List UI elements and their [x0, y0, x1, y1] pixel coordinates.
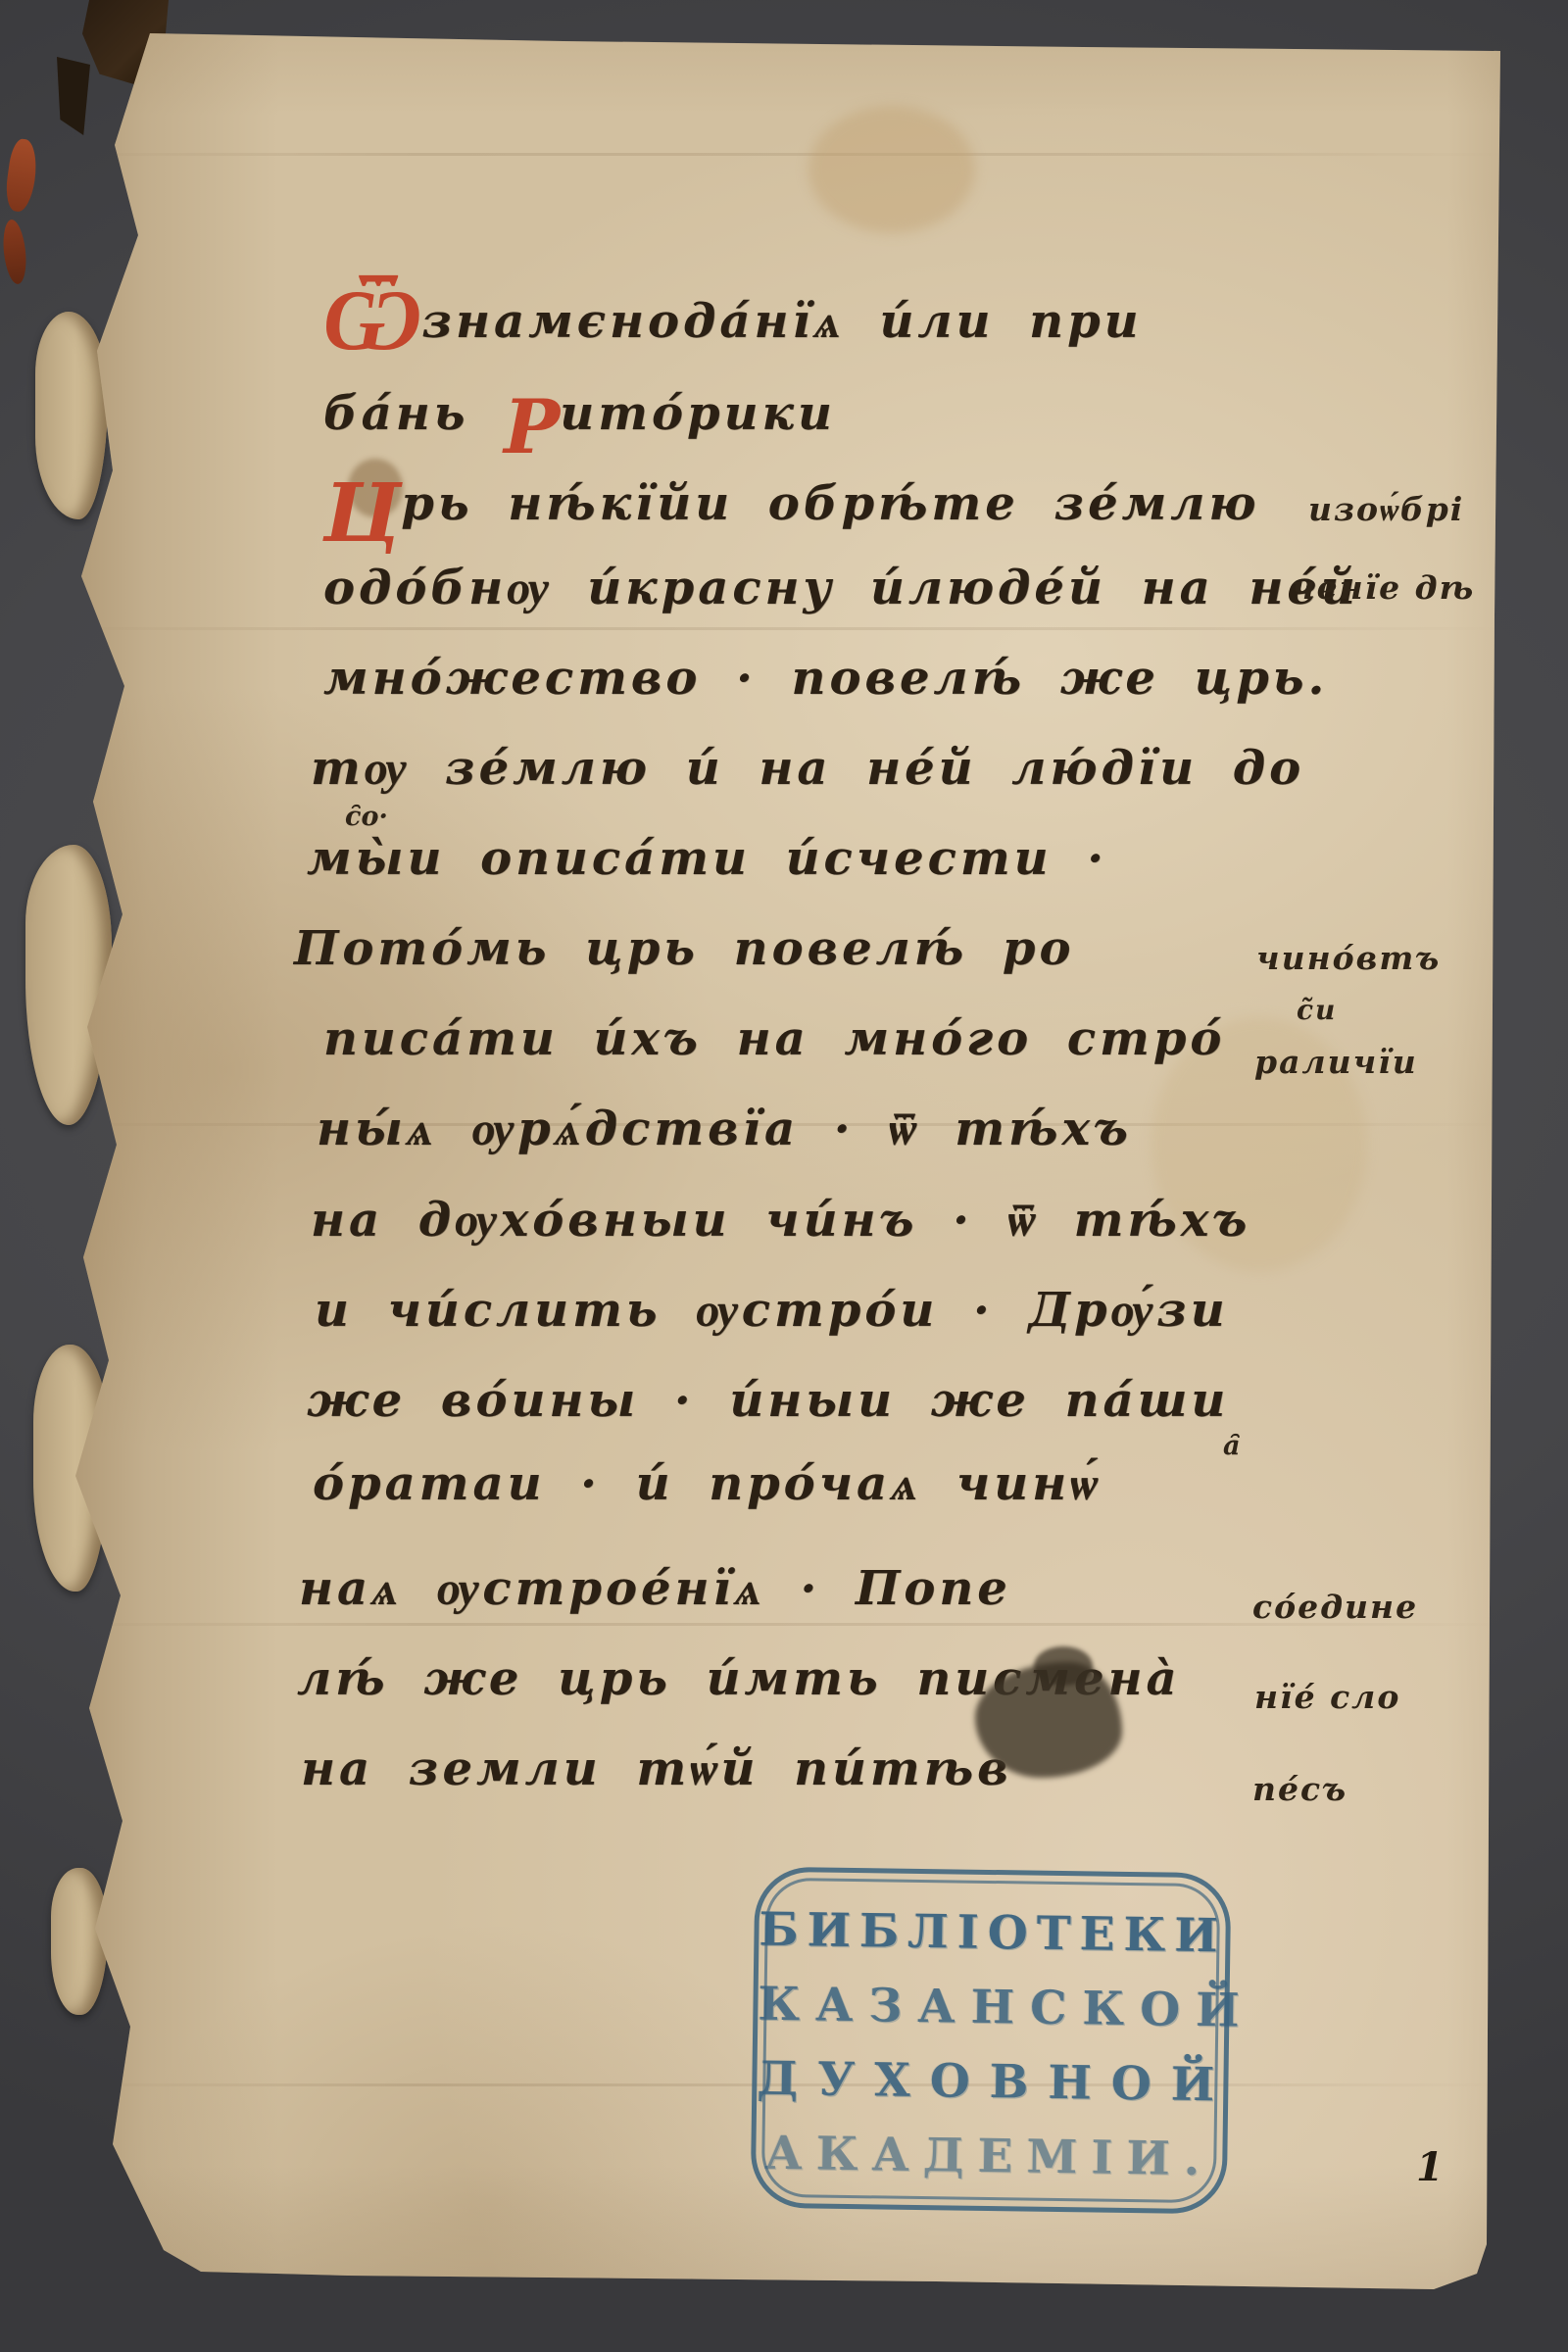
photo-background: Ѿзнамєнода́нїѧ и́ли при ба́нь Рито́рики … [0, 0, 1568, 2352]
paper-crease [54, 153, 1506, 156]
text-line: Пото́мь црь повелѣ́ ро [294, 919, 1074, 978]
margin-note: изоѡ́брі [1308, 490, 1464, 529]
rubric-initial: Ѿ [323, 268, 421, 369]
text-line: Ѿзнамєнода́нїѧ и́ли при [323, 289, 1143, 351]
page-number: 1 [1416, 2144, 1444, 2190]
binding-red-fragment [1, 219, 29, 285]
stamp-text-line: КАЗАНСКОЙ [758, 1968, 1225, 2049]
stamp-text-line: БИБЛІОТЕКИ [759, 1893, 1226, 1975]
margin-note: с̃и [1297, 994, 1337, 1026]
binding-spine-fragment [57, 57, 90, 135]
text-line: Црь нѣ́кїйи обрѣ́те зе́млю [323, 474, 1259, 543]
library-stamp: БИБЛІОТЕКИ КАЗАНСКОЙ ДУХОВНОЙ АКАДЕМІИ. [751, 1867, 1232, 2215]
text-line: наѧ ѹстрое́нїѧ · Попе [299, 1559, 1011, 1618]
text-line: писа́ти и́хъ на мно́го стро́ [323, 1009, 1225, 1068]
text-line: на дѹхо́вныи чи́нъ · ѿ тѣ́хъ [311, 1191, 1250, 1249]
text-line: и чи́слить ѹстро́и · Дрѹ́зи [315, 1281, 1229, 1340]
text-line: о́ратаи · и́ про́чаѧ чинѡ́ [313, 1454, 1101, 1513]
text-line: тѹ зе́млю и́ на не́й лю́дїи до [311, 739, 1304, 798]
margin-note: чино́втъ [1256, 939, 1441, 977]
rubric-initial: Р [504, 383, 560, 470]
text-line: мно́жество · повелѣ́ же црь. [323, 649, 1328, 708]
torn-paper-edge [51, 1868, 108, 2015]
text-line: ны́ѧ ѹрѧ́дствїа · ѿ тѣ́хъ [317, 1100, 1132, 1158]
torn-paper-edge [25, 845, 112, 1125]
superscript-mark: с̑о· [345, 802, 388, 832]
text-line: одо́бнѹ и́красну и́люде́й на не́й [323, 559, 1359, 617]
margin-note: нїе́ сло [1254, 1678, 1400, 1716]
ink-smudge [1034, 1646, 1093, 1686]
binding-red-fragment [3, 137, 40, 213]
stamp-text-line: АКАДЕМІИ. [756, 2117, 1223, 2198]
margin-note: ченїе дѣ [1292, 568, 1475, 607]
stamp-text-line: ДУХОВНОЙ [757, 2042, 1224, 2124]
superscript-mark: а̑ [1223, 1431, 1241, 1461]
margin-note: со́едине [1252, 1588, 1418, 1626]
margin-note: пе́съ [1252, 1770, 1347, 1808]
rubric-initial: Ц [323, 466, 401, 561]
text-line: ба́нь Рито́рики [323, 384, 836, 457]
text-line: мы̀и описа́ти и́счести · [307, 829, 1107, 888]
paper-crease [54, 627, 1506, 630]
stain [808, 106, 975, 233]
manuscript-page: Ѿзнамєнода́нїѧ и́ли при ба́нь Рито́рики … [54, 27, 1506, 2293]
text-line: на земли тѡ́й пи́тѣв [301, 1739, 1012, 1798]
torn-paper-edge [35, 312, 108, 519]
margin-note: раличїи [1254, 1043, 1418, 1081]
text-line: же во́ины · и́ныи же па́ши [307, 1371, 1229, 1430]
